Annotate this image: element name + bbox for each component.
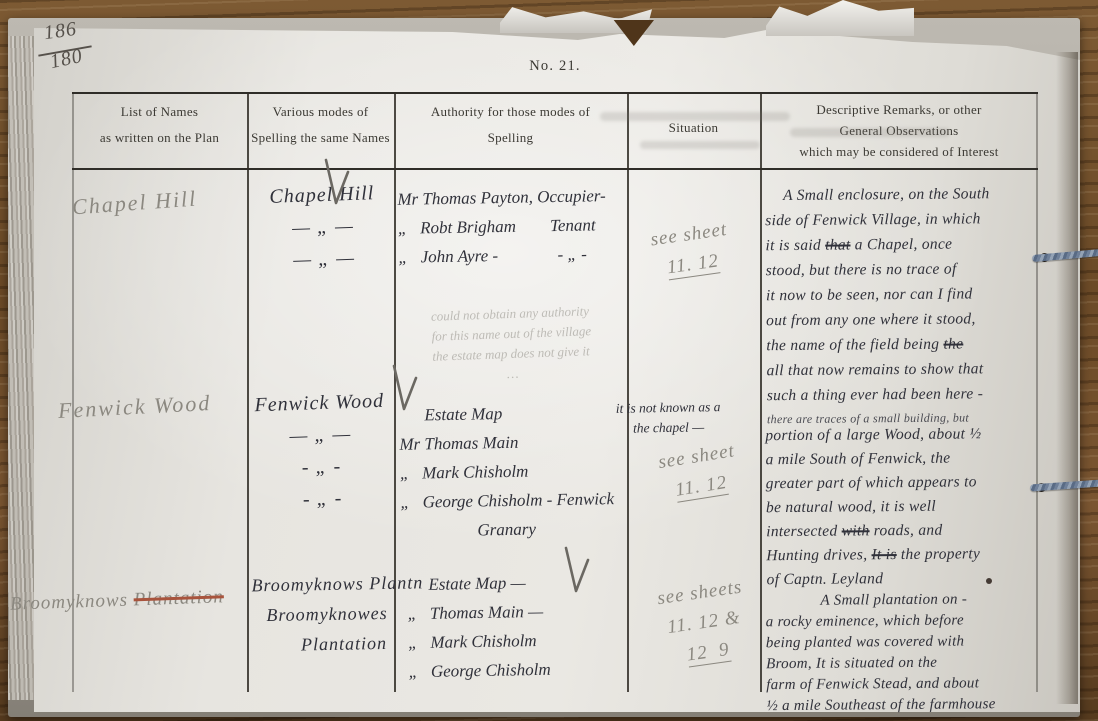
text-line: Broom, It is situated on the — [766, 654, 1040, 677]
text-line: Descriptive Remarks, or other — [760, 102, 1038, 123]
text-line: Broomyknows Plantn — [251, 573, 401, 597]
text-line: a mile South of Fenwick, the — [765, 449, 1039, 475]
text-line: Authority for those modes of — [394, 104, 627, 130]
ink-bleedthrough — [790, 128, 950, 137]
text-line: — „ — — [254, 214, 393, 242]
column-header-spellings: Various modes ofSpelling the same Names — [247, 104, 394, 156]
text-line: „ John Ayre - - „ - — [398, 244, 607, 268]
authority-list-fenwick-wood: Estate MapMr Thomas Main„ Mark Chisholm„… — [399, 402, 615, 551]
torn-paper-flap — [766, 0, 914, 36]
text-line: A Small plantation on - — [765, 591, 1039, 614]
remarks-chapel-hill: A Small enclosure, on the Southside of F… — [765, 185, 1041, 427]
spelling-list-fenwick-wood: Fenwick Wood— „ —- „ -- „ - — [248, 390, 394, 514]
text-line: A Small enclosure, on the South — [765, 185, 1039, 212]
text-line: the chapel — — [616, 419, 721, 441]
column-header-names: List of Namesas written on the Plan — [72, 104, 247, 156]
text-line: the name of the field being the — [766, 335, 1040, 362]
text-line: Mr Thomas Payton, Occupier- — [397, 186, 606, 210]
text-line: be natural wood, it is well — [766, 497, 1040, 523]
situation-note-ink: it is not known as a the chapel — — [616, 399, 721, 441]
authority-pencil-note: could not obtain any authorityfor this n… — [431, 303, 593, 389]
text-line: being planted was covered with — [766, 633, 1040, 656]
text-line: Broomyknowes — [252, 603, 402, 627]
name-book-page-scan: 186 180 No. 21. List of Namesas written … — [0, 0, 1098, 721]
pencil-tick-mark — [320, 156, 352, 208]
text-line: such a thing ever had been here - — [767, 385, 1041, 412]
text-line: as written on the Plan — [72, 130, 247, 156]
text-line: Granary — [401, 518, 615, 542]
text-line: „ Robt Brigham Tenant — [398, 215, 607, 239]
text-line: „ Mark Chisholm — [408, 631, 550, 653]
spelling-list-broomyknows: Broomyknows PlantnBroomyknowes Plantatio… — [251, 573, 402, 657]
text-line: it now to be seen, nor can I find — [766, 285, 1040, 312]
remarks-broomyknows: A Small plantation on -a rocky eminence,… — [765, 591, 1040, 719]
text-line: a rocky eminence, which before — [766, 612, 1040, 635]
text-line: farm of Fenwick Stead, and about — [766, 675, 1040, 698]
text-line: Spelling — [394, 130, 627, 156]
text-line: Spelling the same Names — [247, 130, 394, 156]
entry-name-struck-text: Plantation — [133, 586, 224, 610]
table-header-rule — [72, 168, 1038, 170]
text-line: Estate Map — — [407, 573, 549, 595]
pencil-tick-mark — [560, 544, 592, 596]
ink-bleedthrough — [640, 141, 760, 149]
text-line: stood, but there is no trace of — [766, 260, 1040, 287]
column-divider — [627, 92, 629, 692]
authority-list-broomyknows: Estate Map —„ Thomas Main —„ Mark Chisho… — [407, 573, 551, 691]
authority-list-chapel-hill: Mr Thomas Payton, Occupier-„ Robt Brigha… — [397, 186, 607, 277]
text-line: ½ a mile Southeast of the farmhouse — [766, 696, 1040, 719]
text-line: which may be considered of Interest — [760, 144, 1038, 165]
remarks-fenwick-wood: portion of a large Wood, about ½a mile S… — [765, 425, 1040, 595]
text-line: Hunting drives, It is the property — [766, 545, 1040, 571]
text-line: portion of a large Wood, about ½ — [765, 425, 1039, 451]
table-top-rule — [72, 92, 1038, 94]
ink-bleedthrough — [600, 112, 790, 121]
text-line: List of Names — [72, 104, 247, 130]
pencil-tick-mark — [388, 362, 420, 414]
page-number: No. 21. — [465, 58, 645, 75]
right-page-edge — [1056, 52, 1078, 704]
text-line: „ George Chisholm - Fenwick — [400, 489, 614, 513]
text-line: — „ — — [255, 246, 394, 274]
text-line: out from any one where it stood, — [766, 310, 1040, 337]
column-header-authority: Authority for those modes ofSpelling — [394, 104, 627, 156]
text-line: „ George Chisholm — [409, 660, 551, 682]
text-line: it is said that a Chapel, once — [765, 235, 1039, 262]
text-line: greater part of which appears to — [766, 473, 1040, 499]
text-line: Estate Map — [399, 402, 613, 426]
text-line: - „ - — [250, 454, 393, 482]
situation-broomyknows: see sheets11. 12 &12 9 — [639, 574, 769, 672]
text-line: „ Mark Chisholm — [400, 460, 614, 484]
ink-blot — [986, 578, 992, 584]
text-line: all that now remains to show that — [766, 360, 1040, 387]
text-line: Various modes of — [247, 104, 394, 130]
text-line: „ Thomas Main — — [408, 602, 550, 624]
text-line: intersected with roads, and — [766, 521, 1040, 547]
column-divider — [247, 92, 249, 692]
text-line: Plantation — [252, 633, 402, 657]
text-line: Mr Thomas Main — [399, 431, 613, 455]
entry-name-text: Broomyknows — [10, 589, 134, 614]
text-line: — „ — — [249, 422, 392, 450]
folio-number-top: 186 — [43, 18, 79, 45]
text-line: Fenwick Wood — [248, 390, 391, 418]
text-line: side of Fenwick Village, in which — [765, 210, 1039, 237]
text-line: it is not known as a — [616, 399, 721, 421]
